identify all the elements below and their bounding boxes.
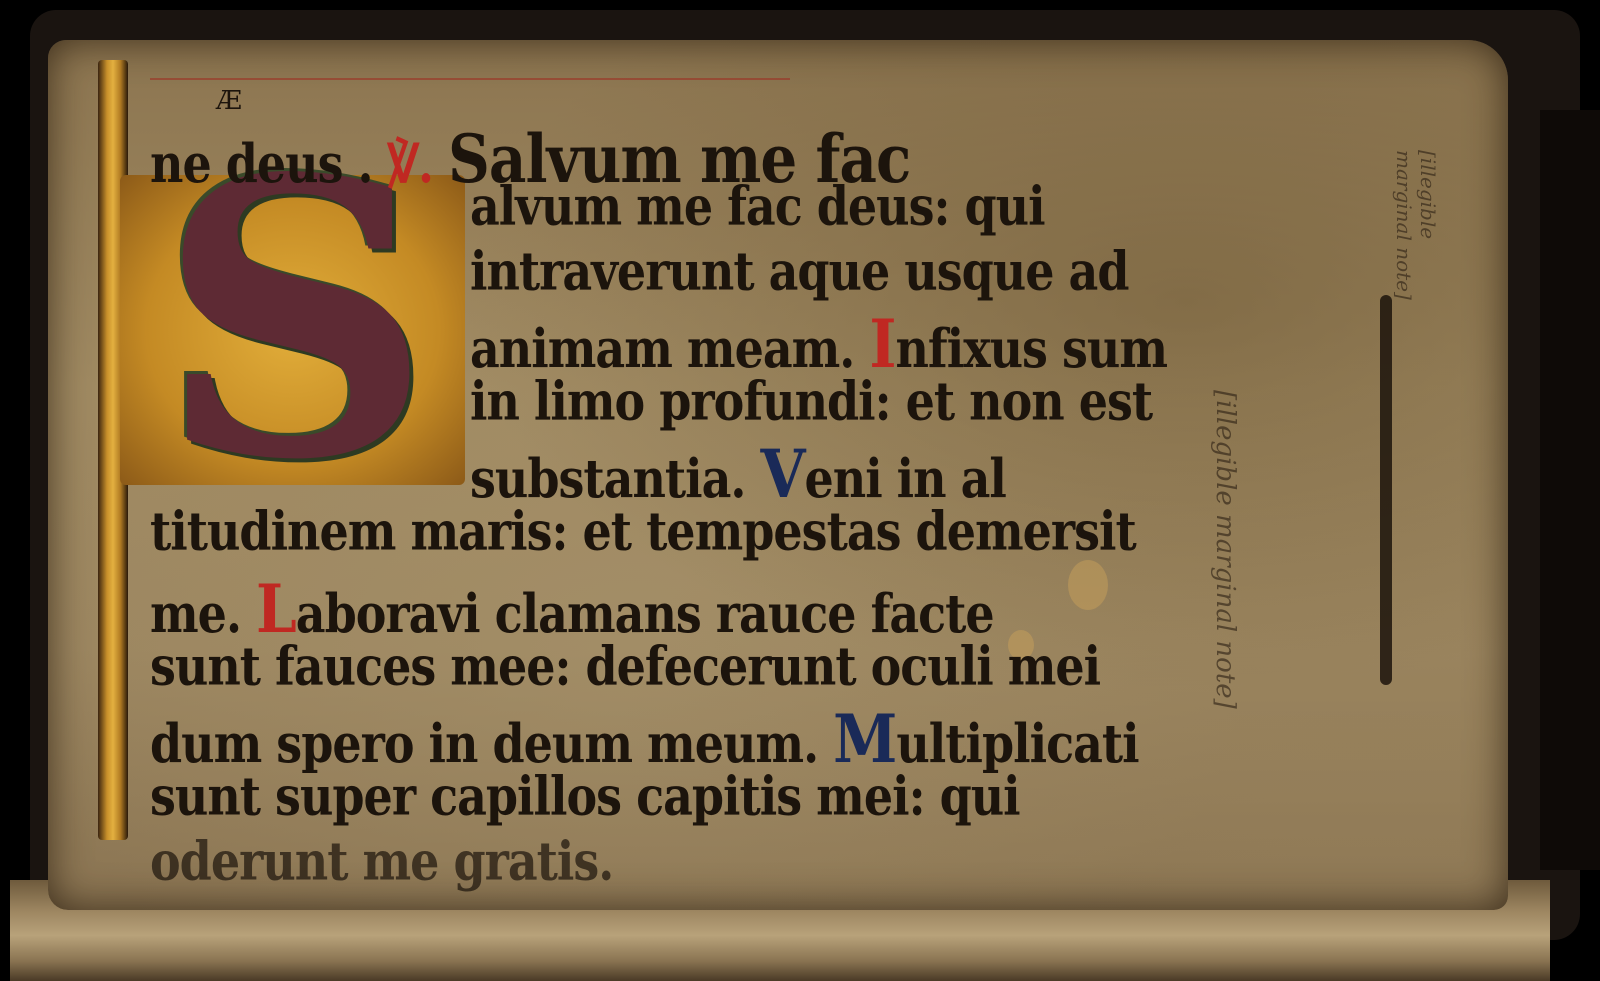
text-line: sunt super capillos capitis mei: qui	[150, 765, 1020, 827]
text-line-partial: oderunt me gratis.	[150, 830, 613, 892]
text-line: sunt fauces mee: defecerunt oculi mei	[150, 635, 1100, 697]
line-text: titudinem maris: et tempestas demersit	[150, 500, 1136, 562]
marginal-note: [illegible marginal note]	[1210, 390, 1240, 709]
line-text: alvum me fac deus: qui	[470, 175, 1045, 237]
line-text: sunt super capillos capitis mei: qui	[150, 765, 1020, 827]
stain	[1068, 560, 1108, 610]
margin-ink-stroke	[1380, 295, 1392, 685]
text-line: in limo profundi: et non est	[470, 370, 1152, 432]
line-text: oderunt me gratis.	[150, 830, 613, 892]
text-line: titudinem maris: et tempestas demersit	[150, 500, 1136, 562]
marginal-note: [illegible marginal note]	[1392, 150, 1440, 310]
text-line: alvum me fac deus: qui	[470, 175, 1045, 237]
rubric-versicle: ℣.	[388, 133, 433, 195]
line-text: sunt fauces mee: defecerunt oculi mei	[150, 635, 1100, 697]
illuminated-initial: S	[140, 150, 450, 490]
binding-edge	[1540, 110, 1600, 870]
superscript-mark: Æ	[216, 86, 242, 116]
ruling-line	[150, 78, 790, 80]
line-text: in limo profundi: et non est	[470, 370, 1152, 432]
text-line: intraverunt aque usque ad	[470, 240, 1129, 302]
line-text: intraverunt aque usque ad	[470, 240, 1129, 302]
line-text: ne deus .	[150, 133, 373, 195]
